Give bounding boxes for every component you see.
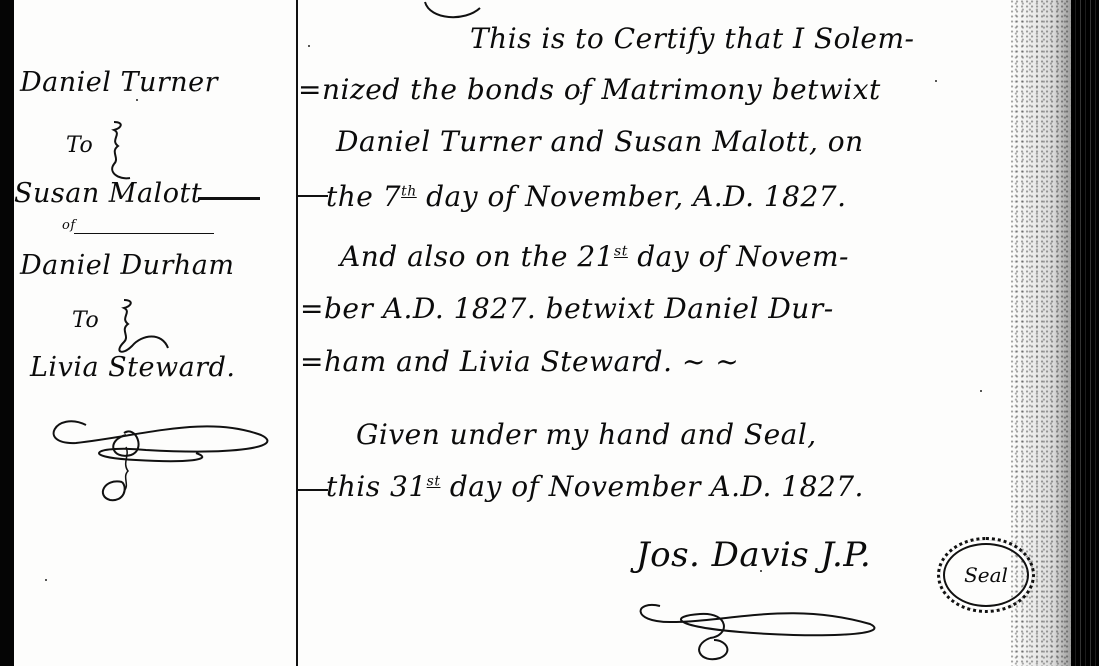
scan-speck [308, 45, 310, 47]
signature-flourish-icon [630, 596, 890, 666]
margin-separator-line [74, 233, 214, 234]
justice-signature: Jos. Davis J.P. [636, 535, 871, 575]
margin-connector: To [66, 133, 93, 158]
scan-left-edge [0, 0, 14, 666]
certificate-line-8: Given under my hand and Seal, [356, 418, 817, 451]
seal-label: Seal [964, 563, 1008, 587]
scan-speck [760, 570, 762, 572]
margin-bride-name: Livia Steward. [30, 352, 235, 383]
scan-speck [935, 80, 937, 82]
document-page: Daniel Turner To Susan Malott of Daniel … [0, 0, 1099, 666]
scan-right-edge [1071, 0, 1099, 666]
scan-speck [45, 579, 47, 581]
certificate-line-4: the 7th day of November, A.D. 1827. [326, 180, 847, 213]
margin-bride-name: Susan Malott [14, 178, 202, 209]
margin-connector: To [72, 308, 99, 333]
certificate-line-7: =ham and Livia Steward. ~ ~ [300, 345, 739, 378]
underline-mark [198, 197, 260, 200]
margin-flourish-icon [36, 405, 276, 505]
scan-speck [580, 92, 582, 94]
certificate-line-1: This is to Certify that I Solem- [470, 22, 915, 55]
margin-groom-name: Daniel Turner [20, 67, 218, 98]
margin-separator: of [62, 218, 76, 233]
margin-loop-icon [94, 478, 134, 508]
line-lead-mark [298, 195, 328, 197]
seal-stamp: Seal [937, 537, 1035, 613]
certificate-line-2: =nized the bonds of Matrimony betwixt [298, 73, 881, 106]
margin-groom-name: Daniel Durham [20, 250, 235, 281]
line-lead-mark [298, 489, 328, 491]
certificate-line-9: this 31st day of November A.D. 1827. [326, 470, 864, 503]
scan-speck [980, 390, 982, 392]
certificate-line-3: Daniel Turner and Susan Malott, on [336, 125, 864, 158]
certificate-line-5: And also on the 21st day of Novem- [340, 240, 849, 273]
certificate-line-6: =ber A.D. 1827. betwixt Daniel Dur- [300, 292, 834, 325]
scan-speck [136, 99, 138, 101]
